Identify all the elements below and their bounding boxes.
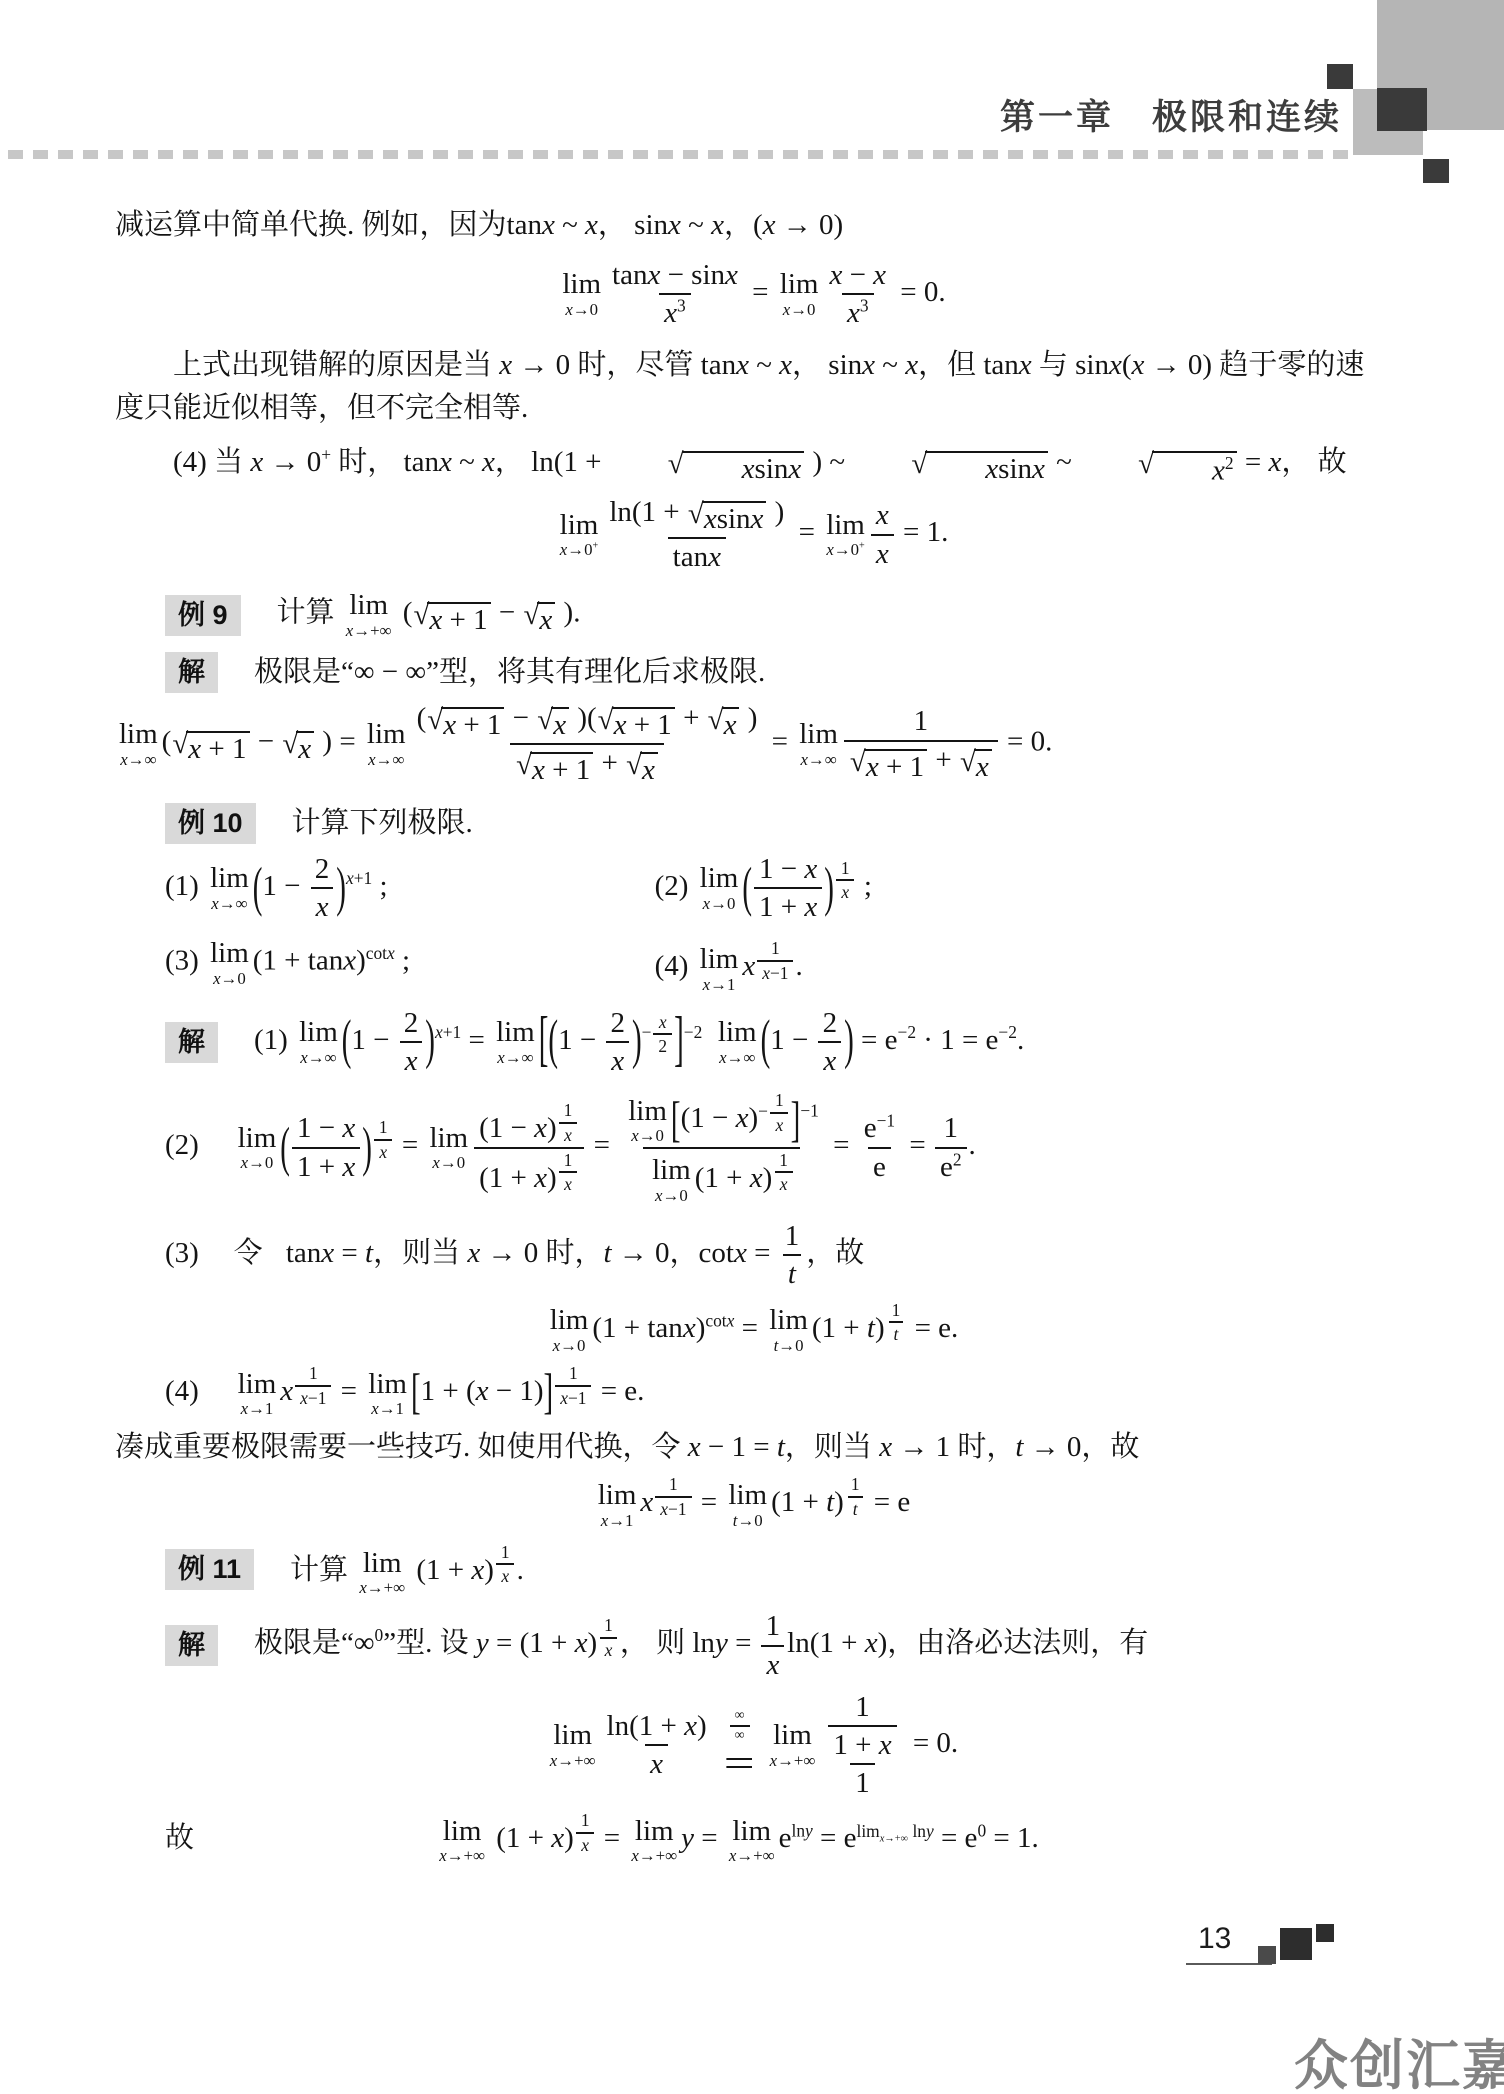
example-11-label: 例 11 xyxy=(165,1549,254,1590)
item-4-formula: (4) limx→1x1x−1. xyxy=(655,938,1389,993)
solution-10-part3-text: (3)令tanx = t，则当 x → 0 时，t → 0，cotx = 1t，… xyxy=(115,1219,1389,1291)
footer-square-2 xyxy=(1280,1928,1312,1960)
page-number: 13 xyxy=(1198,1922,1231,1956)
solution-11-text: 极限是“∞0”型. 设 y = (1 + x)1x， 则 lny = 1xln(… xyxy=(254,1609,1148,1681)
conclusion-row: 故 limx→+∞ (1 + x)1x = limx→+∞y = limx→+∞… xyxy=(115,1810,1389,1865)
item-3-formula: (3) limx→0(1 + tanx)cotx ; xyxy=(165,938,655,993)
example-11-statement: 计算 limx→+∞ (1 + x)1x. xyxy=(290,1542,524,1597)
paragraph-continuation: 减运算中简单代换. 例如，因为tanx ~ x， sinx ~ x，(x → 0… xyxy=(115,204,1389,246)
page-number-block: 13 xyxy=(1198,1922,1358,1974)
solution-11-row: 解 极限是“∞0”型. 设 y = (1 + x)1x， 则 lny = 1xl… xyxy=(115,1609,1389,1681)
formula-ln-sqrt-xsinx: limx→0+ln(1 + √xsinx )tanx = limx→0+xx =… xyxy=(115,495,1389,574)
solution-9-text: 极限是“∞ − ∞”型，将其有理化后求极限. xyxy=(254,654,765,692)
formula-1-plus-tanx: limx→0(1 + tanx)cotx = limt→0(1 + t)1t =… xyxy=(115,1300,1389,1355)
chapter-title: 第一章 极限和连续 xyxy=(1000,90,1342,140)
items-1-2-row: (1) limx→∞(1 − 2x)x+1 ; (2) limx→0(1 − x… xyxy=(115,852,1389,924)
formula-rationalize: limx→∞(√x + 1 − √x ) = limx→∞(√x + 1 − √… xyxy=(115,701,1389,787)
example-10-label: 例 10 xyxy=(165,803,256,844)
formula-tanx-sinx: limx→0tanx − sinxx3 = limx→0x − xx3 = 0. xyxy=(115,258,1389,330)
footer-square-3 xyxy=(1316,1924,1334,1942)
solution-10-part4: (4)limx→1x1x−1 = limx→1[1 + (x − 1)]1x−1… xyxy=(115,1363,1389,1418)
items-3-4-row: (3) limx→0(1 + tanx)cotx ; (4) limx→1x1x… xyxy=(115,938,1389,993)
formula-substitution-limit: limx→1x1x−1 = limt→0(1 + t)1t = e xyxy=(115,1474,1389,1529)
solution-10-part2: (2)limx→0(1 − x1 + x)1x = limx→0(1 − x)1… xyxy=(115,1090,1389,1205)
solution-11-label: 解 xyxy=(165,1625,218,1666)
header-dashed-rule xyxy=(8,150,1353,159)
solution-10-part1: (1) limx→∞(1 − 2x)x+1 = limx→∞[(1 − 2x)−… xyxy=(254,1006,1024,1078)
corner-square-dark-3 xyxy=(1423,159,1449,183)
corner-square-dark-2 xyxy=(1377,88,1427,131)
paragraph-item4: (4) 当 x → 0+ 时， tanx ~ x， ln(1 + √xsinx … xyxy=(115,441,1389,488)
solution-10-row: 解 (1) limx→∞(1 − 2x)x+1 = limx→∞[(1 − 2x… xyxy=(115,1006,1389,1078)
paragraph-technique: 凑成重要极限需要一些技巧. 如使用代换，令 x − 1 = t，则当 x → 1… xyxy=(115,1426,1389,1468)
textbook-page: 第一章 极限和连续 减运算中简单代换. 例如，因为tanx ~ x， sinx … xyxy=(0,0,1504,2094)
example-10-statement: 计算下列极限. xyxy=(292,805,473,843)
solution-9-label: 解 xyxy=(165,652,218,693)
item-2-formula: (2) limx→0(1 − x1 + x)1x ; xyxy=(655,852,1389,924)
example-9-row: 例 9 计算 limx→+∞ (√x + 1 − √x ). xyxy=(115,590,1389,640)
example-9-label: 例 9 xyxy=(165,595,241,636)
paragraph-error-explanation: 上式出现错解的原因是当 x → 0 时，尽管 tanx ~ x， sinx ~ … xyxy=(115,344,1389,428)
item-1-formula: (1) limx→∞(1 − 2x)x+1 ; xyxy=(165,852,655,924)
example-11-row: 例 11 计算 limx→+∞ (1 + x)1x. xyxy=(115,1542,1389,1597)
solution-10-label: 解 xyxy=(165,1022,218,1063)
example-10-row: 例 10 计算下列极限. xyxy=(115,803,1389,844)
formula-lhopital: limx→+∞ln(1 + x)x∞∞=limx→+∞11 + x1 = 0. xyxy=(115,1690,1389,1801)
corner-square-dark-1 xyxy=(1327,64,1353,89)
conclusion-prefix: 故 xyxy=(165,1820,285,1856)
conclusion-formula: limx→+∞ (1 + x)1x = limx→+∞y = limx→+∞el… xyxy=(285,1810,1389,1865)
footer-square-1 xyxy=(1258,1946,1276,1964)
watermark: 众创汇嘉 xyxy=(1294,2023,1504,2094)
example-9-statement: 计算 limx→+∞ (√x + 1 − √x ). xyxy=(277,590,581,640)
solution-9-row: 解 极限是“∞ − ∞”型，将其有理化后求极限. xyxy=(115,652,1389,693)
page-body: 减运算中简单代换. 例如，因为tanx ~ x， sinx ~ x，(x → 0… xyxy=(115,170,1389,1866)
